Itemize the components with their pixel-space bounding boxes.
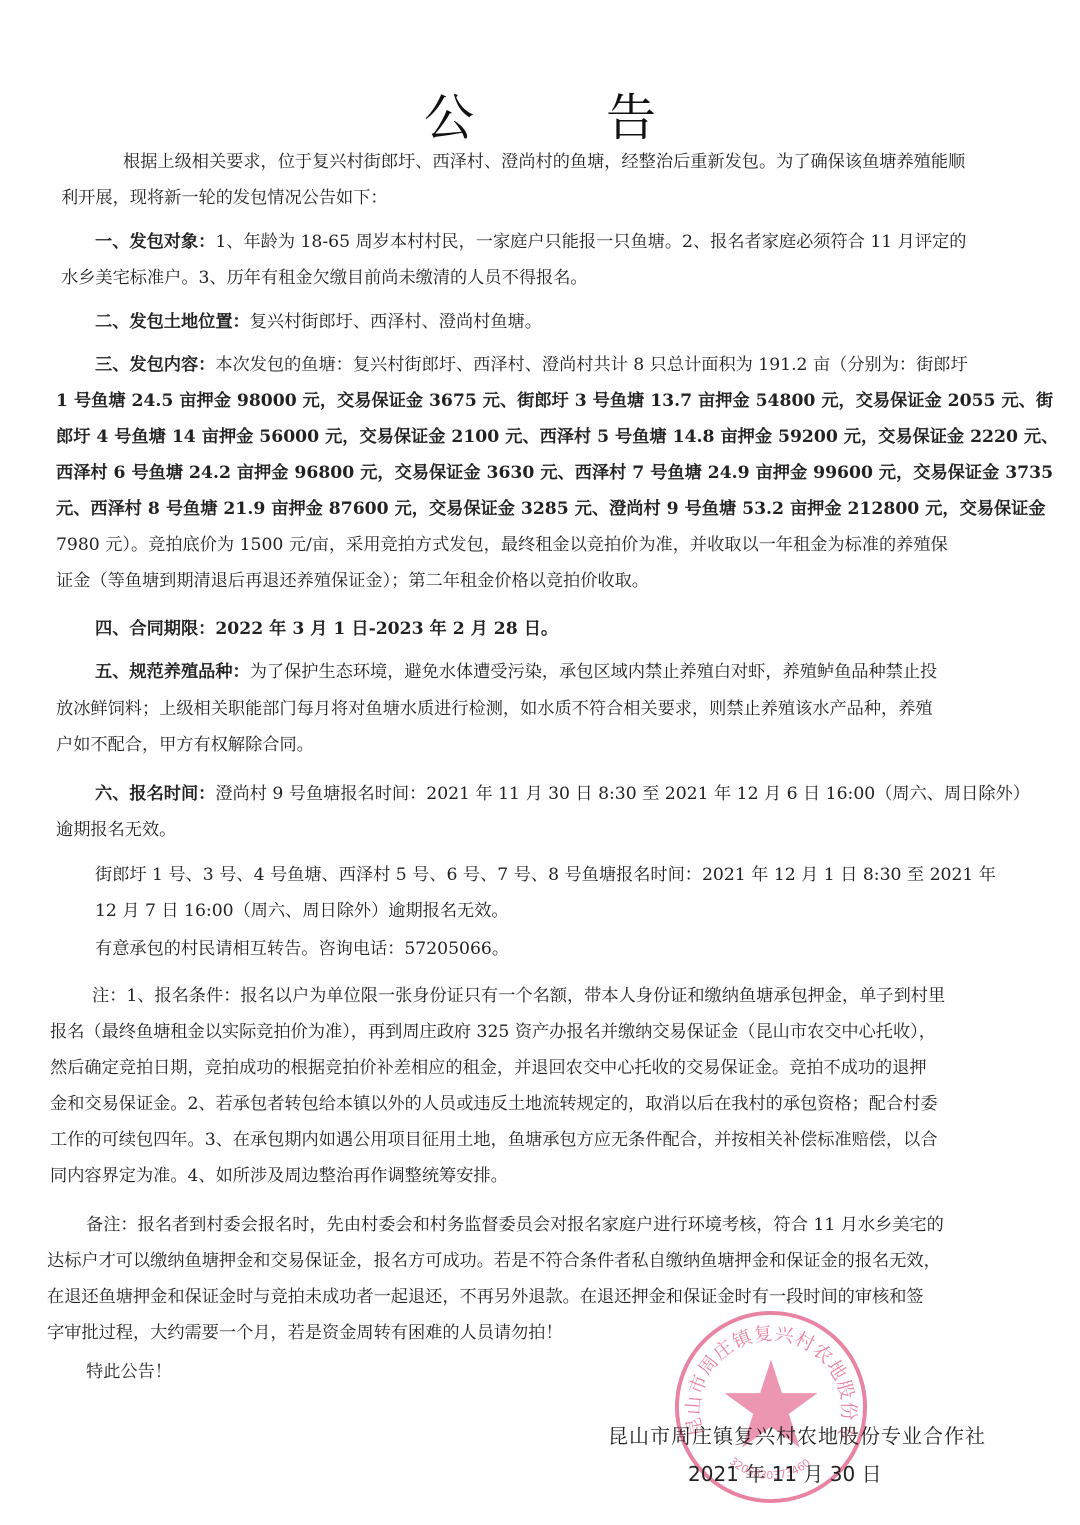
remarks-line-1: 备注：报名者到村委会报名时，先由村委会和村务监督委员会对报名家庭户进行环境考核，…: [86, 1213, 944, 1237]
page-title: 公 告: [0, 78, 1080, 150]
section-5-line-2: 放冰鲜饲料；上级相关职能部门每月将对鱼塘水质进行检测，如水质不符合相关要求，则禁…: [56, 697, 933, 721]
remarks-line-2: 达标户才可以缴纳鱼塘押金和交易保证金，报名方可成功。若是不符合条件者私自缴纳鱼塘…: [47, 1249, 941, 1273]
section-4-line: 四、合同期限：2022 年 3 月 1 日-2023 年 2 月 28 日。: [95, 617, 558, 641]
remarks-line-3: 在退还鱼塘押金和保证金时与竞拍未成功者一起退还，不再另外退款。在退还押金和保证金…: [47, 1285, 924, 1309]
section-1-heading: 一、发包对象：: [95, 232, 215, 252]
section-5-heading: 五、规范养殖品种：: [95, 662, 250, 682]
notes-line-6: 同内容界定为准。4、如所涉及周边整治再作调整统筹安排。: [50, 1164, 508, 1188]
section-6-line-1: 六、报名时间：澄尚村 9 号鱼塘报名时间：2021 年 11 月 30 日 8:…: [95, 782, 1030, 806]
section-6-heading: 六、报名时间：: [95, 784, 215, 804]
section-1-line-1: 一、发包对象：1、年龄为 18-65 周岁本村村民，一家庭户只能报一只鱼塘。2、…: [95, 230, 966, 254]
section-3-line-3: 郎圩 4 号鱼塘 14 亩押金 56000 元，交易保证金 2100 元、西泽村…: [56, 425, 1058, 449]
section-2-line: 二、发包土地位置：复兴村街郎圩、西泽村、澄尚村鱼塘。: [95, 310, 542, 334]
intro-line-2: 利开展，现将新一轮的发包情况公告如下：: [61, 186, 388, 210]
contact-phone-line: 有意承包的村民请相互转告。咨询电话：57205066。: [95, 937, 509, 961]
intro-line-1: 根据上级相关要求，位于复兴村街郎圩、西泽村、澄尚村的鱼塘，经整治后重新发包。为了…: [123, 150, 965, 174]
remarks-line-4: 字审批过程，大约需要一个月，若是资金周转有困难的人员请勿拍！: [47, 1321, 563, 1345]
section-3-heading: 三、发包内容：: [95, 355, 215, 375]
notes-line-2: 报名（最终鱼塘租金以实际竞拍价为准），再到周庄政府 325 资产办报名并缴纳交易…: [50, 1020, 936, 1044]
section-3-line-1: 三、发包内容：本次发包的鱼塘：复兴村街郎圩、西泽村、澄尚村共计 8 只总计面积为…: [95, 353, 968, 377]
section-4-heading: 四、合同期限：: [95, 619, 215, 639]
section-3-line-2: 1 号鱼塘 24.5 亩押金 98000 元，交易保证金 3675 元、街郎圩 …: [56, 389, 1053, 413]
section-2-heading: 二、发包土地位置：: [95, 312, 250, 332]
section-1-line-2: 水乡美宅标准户。3、历年有租金欠缴目前尚未缴清的人员不得报名。: [61, 266, 588, 290]
signature-organization: 昆山市周庄镇复兴村农地股份专业合作社: [608, 1420, 986, 1449]
notes-line-3: 然后确定竞拍日期，竞拍成功的根据竞拍价补差相应的租金，并退回农交中心托收的交易保…: [50, 1056, 927, 1080]
section-5-line-1: 五、规范养殖品种：为了保护生态环境，避免水体遭受污染，承包区域内禁止养殖白对虾，…: [95, 660, 937, 684]
section-5-line-3: 户如不配合，甲方有权解除合同。: [56, 733, 314, 757]
closing-text: 特此公告！: [86, 1360, 172, 1384]
notes-line-4: 金和交易保证金。2、若承包者转包给本镇以外的人员或违反土地流转规定的，取消以后在…: [50, 1092, 938, 1116]
signature-date: 2021 年 11 月 30 日: [688, 1458, 882, 1487]
section-3-line-7: 证金（等鱼塘到期清退后再退还养殖保证金）；第二年租金价格以竞拍价收取。: [56, 569, 649, 593]
section-3-line-6: 7980 元）。竞拍底价为 1500 元/亩，采用竞拍方式发包，最终租金以竞拍价…: [56, 533, 948, 557]
notes-line-1: 注：1、报名条件：报名以户为单位限一张身份证只有一个名额，带本人身份证和缴纳鱼塘…: [92, 984, 945, 1008]
section-6-line-2: 逾期报名无效。: [56, 818, 176, 842]
section-3-line-4: 西泽村 6 号鱼塘 24.2 亩押金 96800 元，交易保证金 3630 元、…: [56, 461, 1053, 485]
notes-line-5: 工作的可续包四年。3、在承包期内如遇公用项目征用土地，鱼塘承包方应无条件配合，并…: [50, 1128, 938, 1152]
section-6-line-4: 12 月 7 日 16:00（周六、周日除外）逾期报名无效。: [95, 899, 509, 923]
section-3-line-5: 元、西泽村 8 号鱼塘 21.9 亩押金 87600 元，交易保证金 3285 …: [56, 497, 1046, 521]
section-6-line-3: 街郎圩 1 号、3 号、4 号鱼塘、西泽村 5 号、6 号、7 号、8 号鱼塘报…: [95, 863, 996, 887]
